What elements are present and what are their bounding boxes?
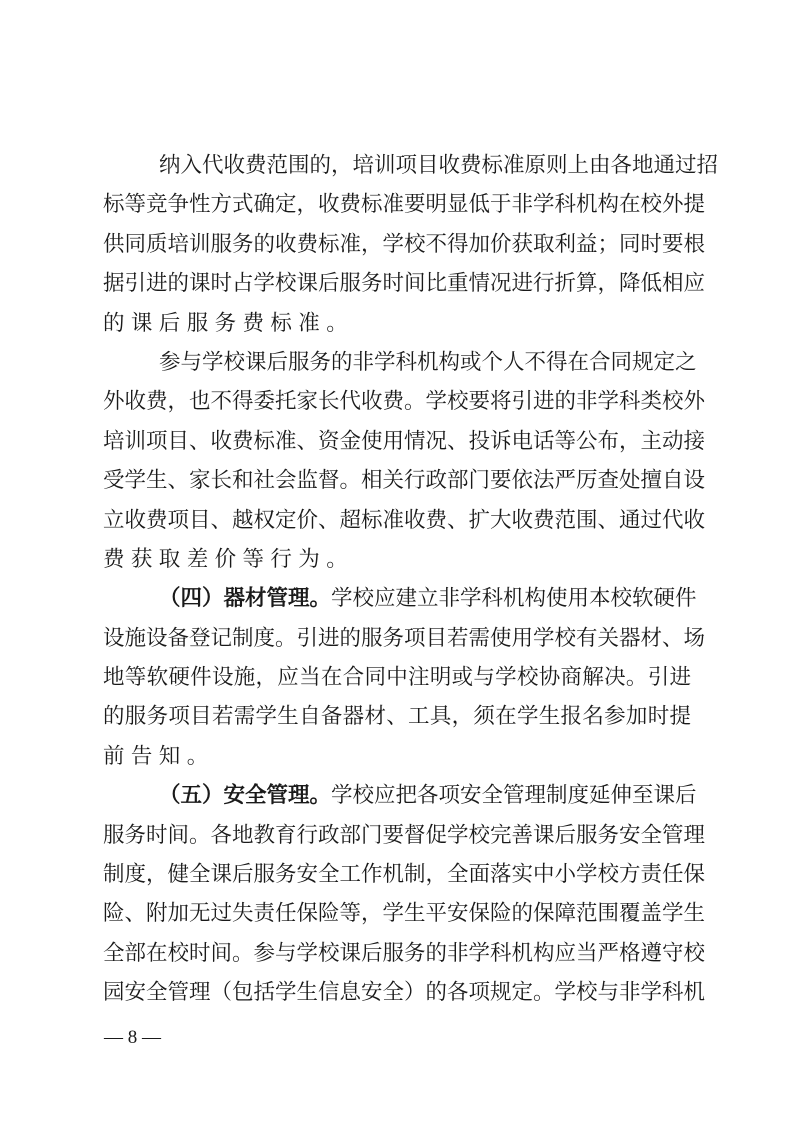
text-line: 纳入代收费范围的，培训项目收费标准原则上由各地通过招 (103, 146, 691, 185)
text-line: 设施设备登记制度。引进的服务项目若需使用学校有关器材、场 (103, 619, 691, 658)
paragraph-no-extra-fees: 参与学校课后服务的非学科机构或个人不得在合同规定之 外收费，也不得委托家长代收费… (103, 343, 691, 579)
text-line: 供同质培训服务的收费标准，学校不得加价获取利益；同时要根 (103, 225, 691, 264)
text-line: 据引进的课时占学校课后服务时间比重情况进行折算，降低相应 (103, 264, 691, 303)
text-line: 制度，健全课后服务安全工作机制，全面落实中小学校方责任保 (103, 855, 691, 894)
text-line: （五）安全管理。学校应把各项安全管理制度延伸至课后 (103, 776, 691, 815)
text-line: 园安全管理（包括学生信息安全）的各项规定。学校与非学科机 (103, 973, 691, 1012)
text-line: 受学生、家长和社会监督。相关行政部门要依法严厉查处擅自设 (103, 461, 691, 500)
text-line: 地等软硬件设施，应当在合同中注明或与学校协商解决。引进 (103, 658, 691, 697)
document-page: 纳入代收费范围的，培训项目收费标准原则上由各地通过招 标等竞争性方式确定，收费标… (0, 0, 793, 1122)
text-line: 标等竞争性方式确定，收费标准要明显低于非学科机构在校外提 (103, 185, 691, 224)
text-run: 学校应把各项安全管理制度延伸至课后 (331, 783, 697, 808)
text-line: 险、附加无过失责任保险等，学生平安保险的保障范围覆盖学生 (103, 894, 691, 933)
paragraph-equipment-management: （四）器材管理。学校应建立非学科机构使用本校软硬件 设施设备登记制度。引进的服务… (103, 579, 691, 776)
text-line: 费获取差价等行为。 (103, 540, 691, 579)
text-line: 外收费，也不得委托家长代收费。学校要将引进的非学科类校外 (103, 382, 691, 421)
text-line: 的服务项目若需学生自备器材、工具，须在学生报名参加时提 (103, 697, 691, 736)
paragraph-fee-standard: 纳入代收费范围的，培训项目收费标准原则上由各地通过招 标等竞争性方式确定，收费标… (103, 146, 691, 343)
text-line: 培训项目、收费标准、资金使用情况、投诉电话等公布，主动接 (103, 422, 691, 461)
paragraph-safety-management: （五）安全管理。学校应把各项安全管理制度延伸至课后 服务时间。各地教育行政部门要… (103, 776, 691, 1012)
page-number: — 8 — (104, 1027, 161, 1049)
text-run: 学校应建立非学科机构使用本校软硬件 (331, 586, 697, 611)
text-line: （四）器材管理。学校应建立非学科机构使用本校软硬件 (103, 579, 691, 618)
text-line: 服务时间。各地教育行政部门要督促学校完善课后服务安全管理 (103, 816, 691, 855)
section-heading: （四）器材管理。 (159, 586, 331, 611)
text-line: 参与学校课后服务的非学科机构或个人不得在合同规定之 (103, 343, 691, 382)
text-line: 立收费项目、越权定价、超标准收费、扩大收费范围、通过代收 (103, 501, 691, 540)
text-line: 全部在校时间。参与学校课后服务的非学科机构应当严格遵守校 (103, 934, 691, 973)
text-line: 前告知。 (103, 737, 691, 776)
text-line: 的课后服务费标准。 (103, 304, 691, 343)
section-heading: （五）安全管理。 (159, 783, 331, 808)
document-body: 纳入代收费范围的，培训项目收费标准原则上由各地通过招 标等竞争性方式确定，收费标… (103, 146, 691, 1013)
